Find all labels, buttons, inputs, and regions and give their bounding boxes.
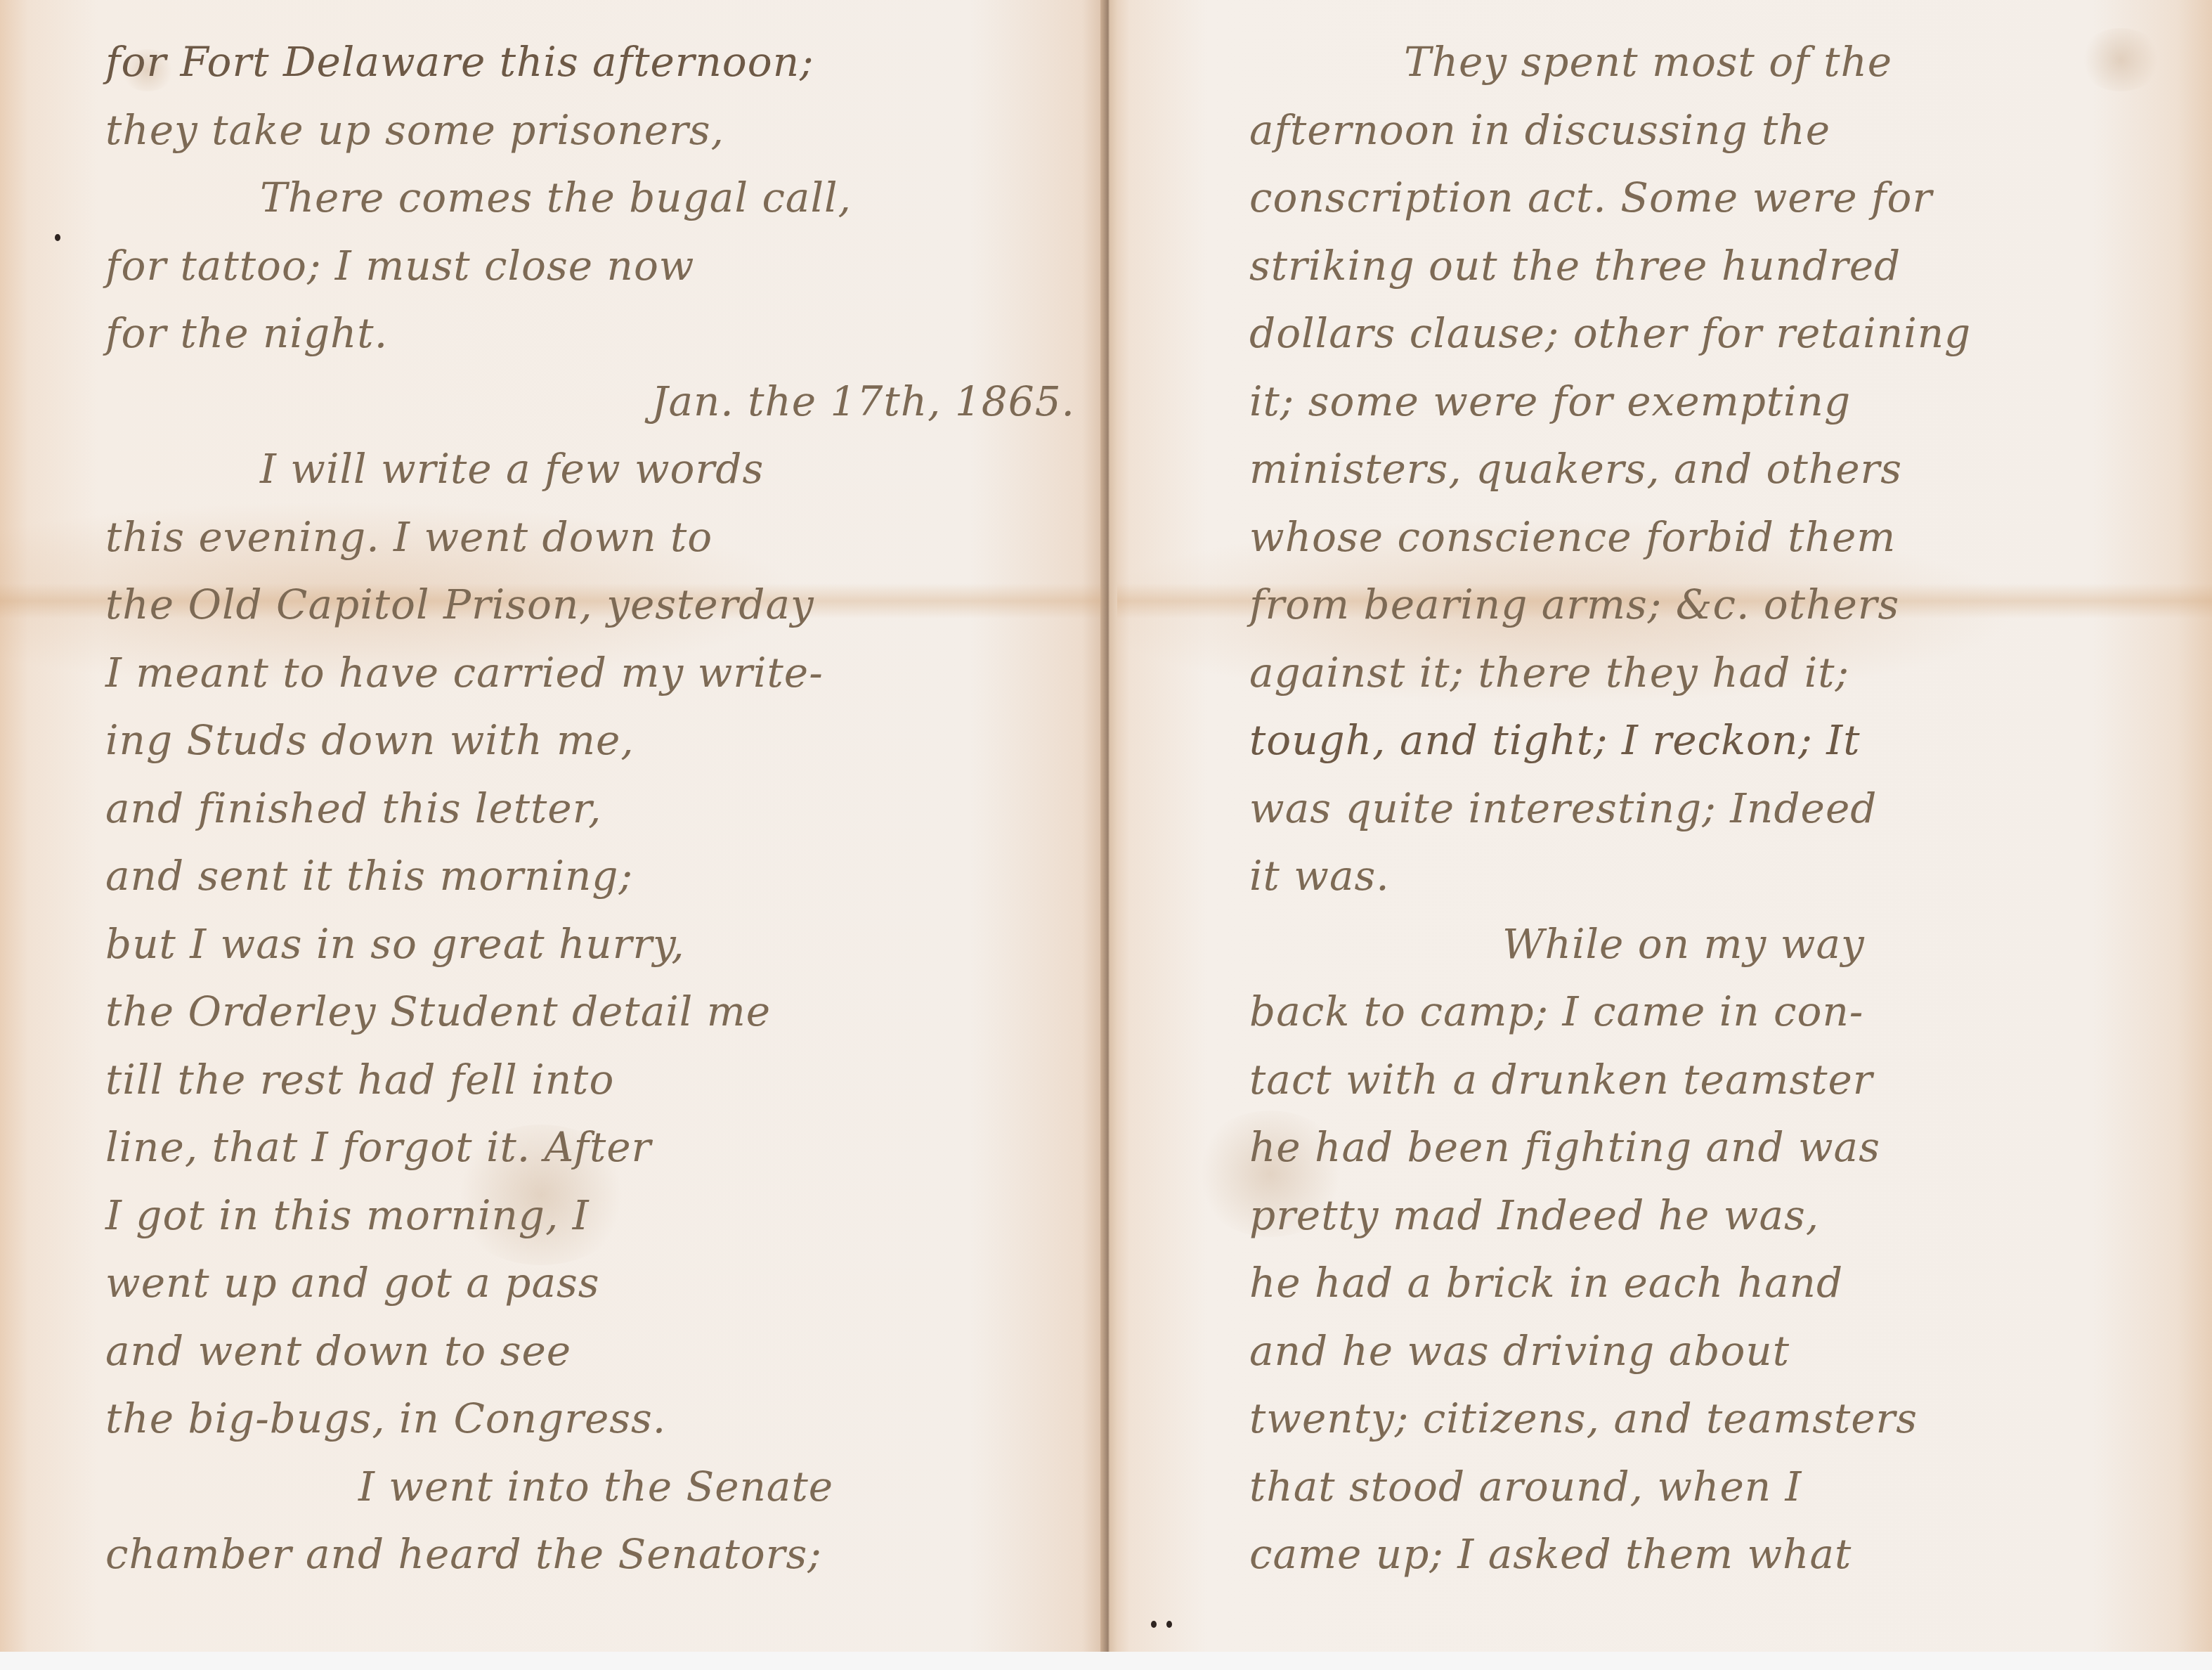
text-line: and went down to see: [105, 1317, 1082, 1385]
text-line: I will write a few words: [105, 435, 1082, 503]
text-line: they take up some prisoners,: [105, 96, 1082, 164]
text-line: dollars clause; other for retaining: [1249, 299, 2184, 368]
text-line: back to camp; I came in con-: [1249, 978, 2184, 1046]
text-line: tact with a drunken teamster: [1249, 1046, 2184, 1114]
ink-speck: [1166, 1621, 1172, 1628]
text-line: conscription act. Some were for: [1249, 164, 2184, 232]
text-line: the big-bugs, in Congress.: [105, 1385, 1082, 1453]
text-line: pretty mad Indeed he was,: [1249, 1182, 2184, 1250]
text-line: line, that I forgot it. After: [105, 1113, 1082, 1182]
text-line: from bearing arms; &c. others: [1249, 571, 2184, 639]
text-line: the Orderley Student detail me: [105, 978, 1082, 1046]
text-line: this evening. I went down to: [105, 503, 1082, 571]
text-line: but I was in so great hurry,: [105, 910, 1082, 978]
text-line: ing Studs down with me,: [105, 706, 1082, 775]
text-line: whose conscience forbid them: [1249, 503, 2184, 571]
text-line: afternoon in discussing the: [1249, 96, 2184, 164]
ink-speck: [55, 234, 60, 241]
text-line: and finished this letter,: [105, 775, 1082, 843]
text-line: I meant to have carried my write-: [105, 639, 1082, 707]
text-line: came up; I asked them what: [1249, 1520, 2184, 1588]
text-line: tough, and tight; I reckon; It: [1249, 706, 2184, 775]
left-page: for Fort Delaware this afternoon; they t…: [0, 0, 1109, 1652]
text-line: the Old Capitol Prison, yesterday: [105, 571, 1082, 639]
text-line: for tattoo; I must close now: [105, 232, 1082, 300]
text-line: and sent it this morning;: [105, 842, 1082, 910]
letter-spread: for Fort Delaware this afternoon; they t…: [0, 0, 2212, 1670]
text-line: for Fort Delaware this afternoon;: [105, 28, 1082, 96]
center-fold-gutter: [1100, 0, 1117, 1652]
text-line: ministers, quakers, and others: [1249, 435, 2184, 503]
scan-bottom-margin: [0, 1652, 2212, 1670]
text-line: and he was driving about: [1249, 1317, 2184, 1385]
text-line: that stood around, when I: [1249, 1453, 2184, 1521]
ink-speck: [1151, 1621, 1157, 1628]
right-page: They spent most of the afternoon in disc…: [1109, 0, 2212, 1652]
text-line: striking out the three hundred: [1249, 232, 2184, 300]
text-line: went up and got a pass: [105, 1249, 1082, 1317]
text-line: There comes the bugal call,: [105, 164, 1082, 232]
text-line: I went into the Senate: [105, 1453, 1082, 1521]
left-page-text: for Fort Delaware this afternoon; they t…: [105, 28, 1082, 1588]
text-line: chamber and heard the Senators;: [105, 1520, 1082, 1588]
text-line: was quite interesting; Indeed: [1249, 775, 2184, 843]
text-line: it was.: [1249, 842, 2184, 910]
text-line: While on my way: [1249, 910, 2184, 978]
right-page-text: They spent most of the afternoon in disc…: [1249, 28, 2184, 1588]
text-line: against it; there they had it;: [1249, 639, 2184, 707]
text-line: They spent most of the: [1249, 28, 2184, 96]
text-line: twenty; citizens, and teamsters: [1249, 1385, 2184, 1453]
text-line: he had been fighting and was: [1249, 1113, 2184, 1182]
text-line: till the rest had fell into: [105, 1046, 1082, 1114]
text-line: I got in this morning, I: [105, 1182, 1082, 1250]
text-line: it; some were for exempting: [1249, 368, 2184, 436]
text-line: for the night.: [105, 299, 1082, 368]
letter-date: Jan. the 17th, 1865.: [105, 368, 1082, 436]
text-line: he had a brick in each hand: [1249, 1249, 2184, 1317]
